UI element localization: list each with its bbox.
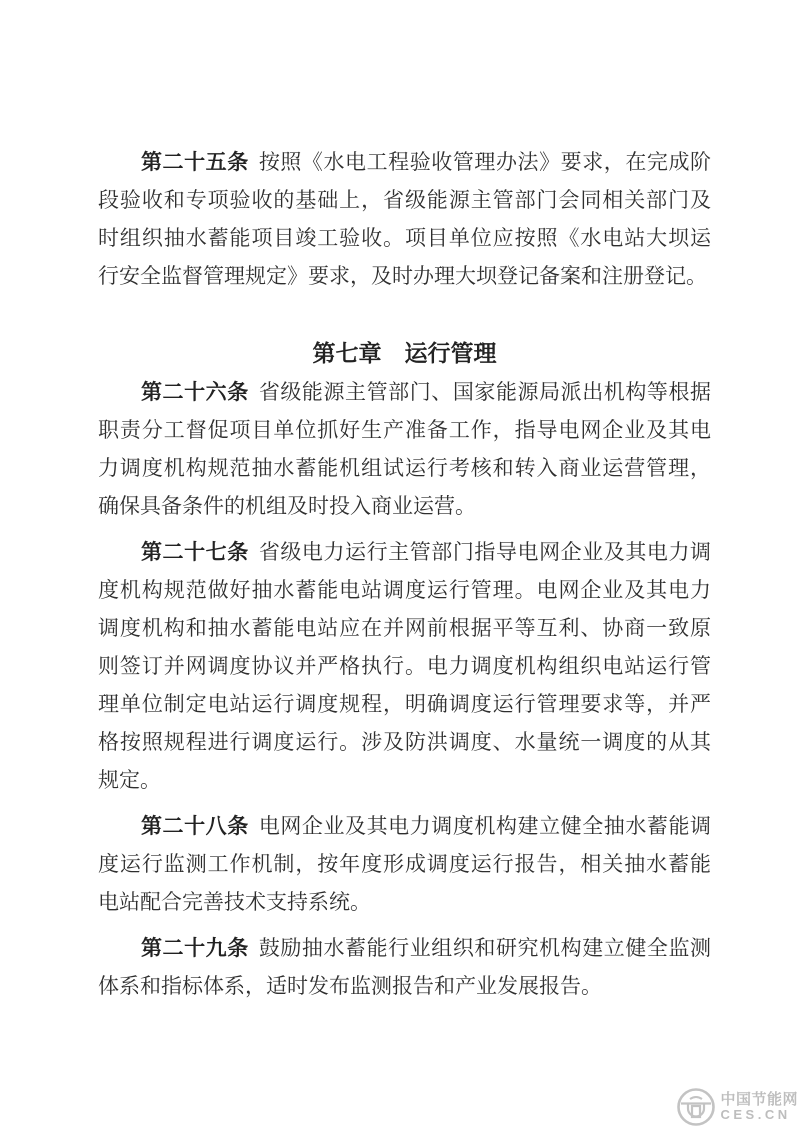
document-body: 第二十五条按照《水电工程验收管理办法》要求，在完成阶 段验收和专项验收的基础上，…: [98, 143, 711, 1013]
doc-line: 第二十六条省级能源主管部门、国家能源局派出机构等根据: [98, 373, 711, 411]
doc-line: 度运行监测工作机制，按年度形成调度运行报告，相关抽水蓄能: [98, 845, 711, 883]
doc-line: 段验收和专项验收的基础上，省级能源主管部门会同相关部门及: [98, 181, 711, 219]
article-text: 鼓励抽水蓄能行业组织和研究机构建立健全监测: [259, 936, 711, 960]
article-25: 第二十五条按照《水电工程验收管理办法》要求，在完成阶 段验收和专项验收的基础上，…: [98, 143, 711, 295]
doc-line: 调度机构和抽水蓄能电站应在并网前根据平等互利、协商一致原: [98, 609, 711, 647]
article-27: 第二十七条省级电力运行主管部门指导电网企业及其电力调 度机构规范做好抽水蓄能电站…: [98, 533, 711, 799]
cesn-watermark: 中国节能网 CES.CN: [675, 1086, 798, 1128]
doc-line: 第二十七条省级电力运行主管部门指导电网企业及其电力调: [98, 533, 711, 571]
doc-line: 行安全监督管理规定》要求，及时办理大坝登记备案和注册登记。: [98, 257, 711, 295]
doc-line: 度机构规范做好抽水蓄能电站调度运行管理。电网企业及其电力: [98, 571, 711, 609]
article-number: 第二十九条: [141, 937, 249, 960]
doc-line: 职责分工督促项目单位抓好生产准备工作，指导电网企业及其电: [98, 411, 711, 449]
doc-line: 规定。: [98, 761, 711, 799]
doc-line: 确保具备条件的机组及时投入商业运营。: [98, 487, 711, 525]
article-number: 第二十八条: [141, 815, 249, 838]
doc-line: 时组织抽水蓄能项目竣工验收。项目单位应按照《水电站大坝运: [98, 219, 711, 257]
doc-line: 体系和指标体系，适时发布监测报告和产业发展报告。: [98, 967, 711, 1005]
article-29: 第二十九条鼓励抽水蓄能行业组织和研究机构建立健全监测 体系和指标体系，适时发布监…: [98, 929, 711, 1005]
chapter-heading: 第七章 运行管理: [98, 333, 711, 373]
article-text: 省级电力运行主管部门指导电网企业及其电力调: [259, 540, 711, 564]
doc-line: 第二十九条鼓励抽水蓄能行业组织和研究机构建立健全监测: [98, 929, 711, 967]
doc-line: 第二十五条按照《水电工程验收管理办法》要求，在完成阶: [98, 143, 711, 181]
article-text: 电网企业及其电力调度机构建立健全抽水蓄能调: [259, 814, 711, 838]
article-26: 第二十六条省级能源主管部门、国家能源局派出机构等根据 职责分工督促项目单位抓好生…: [98, 373, 711, 525]
article-number: 第二十七条: [141, 541, 249, 564]
doc-line: 第二十八条电网企业及其电力调度机构建立健全抽水蓄能调: [98, 807, 711, 845]
article-28: 第二十八条电网企业及其电力调度机构建立健全抽水蓄能调 度运行监测工作机制，按年度…: [98, 807, 711, 921]
article-text: 按照《水电工程验收管理办法》要求，在完成阶: [259, 150, 711, 174]
watermark-site-name: 中国节能网: [720, 1091, 798, 1108]
document-page: 第二十五条按照《水电工程验收管理办法》要求，在完成阶 段验收和专项验收的基础上，…: [0, 0, 800, 1131]
watermark-domain: CES.CN: [720, 1108, 798, 1123]
cesn-logo-icon: [675, 1086, 717, 1128]
doc-line: 力调度机构规范抽水蓄能机组试运行考核和转入商业运营管理，: [98, 449, 711, 487]
article-number: 第二十六条: [141, 381, 249, 404]
article-text: 省级能源主管部门、国家能源局派出机构等根据: [259, 380, 711, 404]
watermark-text: 中国节能网 CES.CN: [720, 1091, 798, 1123]
doc-line: 理单位制定电站运行调度规程，明确调度运行管理要求等，并严: [98, 685, 711, 723]
doc-line: 则签订并网调度协议并严格执行。电力调度机构组织电站运行管: [98, 647, 711, 685]
article-number: 第二十五条: [141, 151, 249, 174]
doc-line: 电站配合完善技术支持系统。: [98, 883, 711, 921]
doc-line: 格按照规程进行调度运行。涉及防洪调度、水量统一调度的从其: [98, 723, 711, 761]
